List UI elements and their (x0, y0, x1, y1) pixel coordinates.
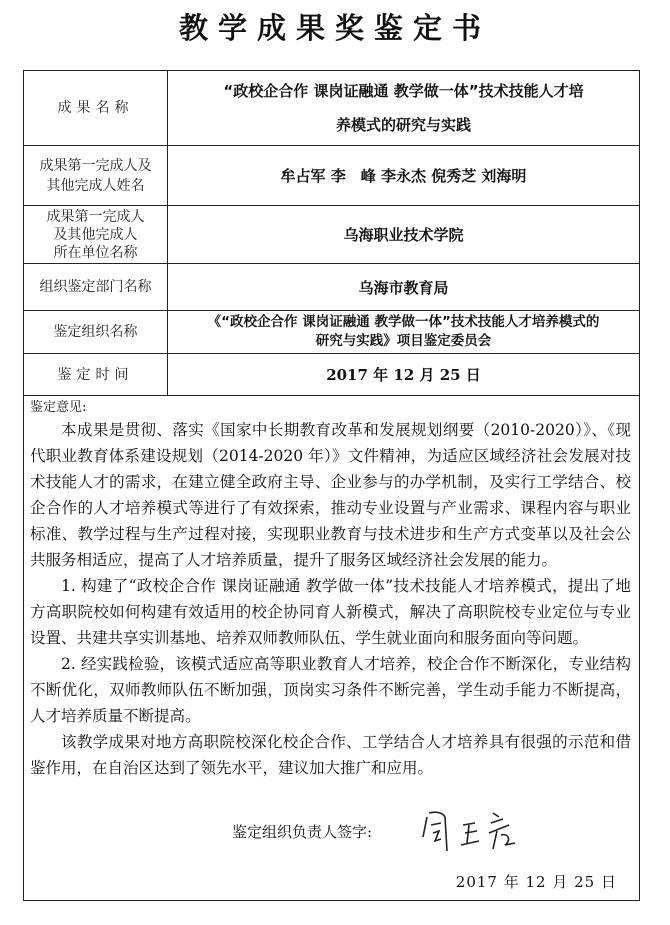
label-line-2: 其他完成人姓名 (47, 176, 145, 196)
value-institution: 乌海职业技术学院 (168, 206, 639, 263)
opinion-paragraph: 该教学成果对地方高职院校深化校企合作、工学结合人才培养具有很强的示范和借鉴作用，… (30, 729, 631, 781)
row-institution: 成果第一完成人 及其他完成人 所在单位名称 乌海职业技术学院 (24, 206, 639, 264)
label-appraisal-time: 鉴定时间 (24, 354, 168, 395)
value-completers: 牟占军 李 峰 李永杰 倪秀芝 刘海明 (168, 146, 639, 205)
row-appraisal-department: 组织鉴定部门名称 乌海市教育局 (24, 264, 639, 311)
value-line-1: “政校企合作 课岗证融通 教学做一体”技术技能人才培 (223, 74, 583, 108)
value-line-2: 养模式的研究与实践 (336, 108, 471, 142)
label-line-3: 所在单位名称 (54, 244, 138, 262)
row-appraisal-organization: 鉴定组织名称 《“政校企合作 课岗证融通 教学做一体”技术技能人才培养模式的 研… (24, 311, 639, 354)
label-achievement-name: 成果名称 (24, 71, 168, 145)
value-line-2: 研究与实践》项目鉴定委员会 (316, 332, 492, 351)
label-line-1: 成果第一完成人及 (40, 156, 152, 176)
appraisal-opinion-section: 鉴定意见: 本成果是贯彻、落实《国家中长期教育改革和发展规划纲要（2010-20… (24, 396, 639, 781)
opinion-paragraph: 本成果是贯彻、落实《国家中长期教育改革和发展规划纲要（2010-2020）》、《… (30, 417, 631, 573)
row-completers: 成果第一完成人及 其他完成人姓名 牟占军 李 峰 李永杰 倪秀芝 刘海明 (24, 146, 639, 206)
value-achievement-name: “政校企合作 课岗证融通 教学做一体”技术技能人才培 养模式的研究与实践 (168, 71, 639, 145)
label-appraisal-department: 组织鉴定部门名称 (24, 264, 168, 310)
label-institution: 成果第一完成人 及其他完成人 所在单位名称 (24, 206, 168, 263)
row-achievement-name: 成果名称 “政校企合作 课岗证融通 教学做一体”技术技能人才培 养模式的研究与实… (24, 71, 639, 146)
signature-date: 2017 年 12 月 25 日 (456, 871, 617, 892)
label-appraisal-organization: 鉴定组织名称 (24, 311, 168, 353)
value-appraisal-organization: 《“政校企合作 课岗证融通 教学做一体”技术技能人才培养模式的 研究与实践》项目… (168, 311, 639, 353)
appraisal-table: 成果名称 “政校企合作 课岗证融通 教学做一体”技术技能人才培 养模式的研究与实… (23, 70, 640, 901)
signature-label: 鉴定组织负责人签字: (232, 821, 372, 842)
label-line-1: 成果第一完成人 (47, 208, 145, 226)
opinion-paragraph: 2. 经实践检验，该模式适应高等职业教育人才培养，校企合作不断深化，专业结构不断… (30, 651, 631, 729)
opinion-paragraph: 1. 构建了“政校企合作 课岗证融通 教学做一体”技术技能人才培养模式，提出了地… (30, 573, 631, 651)
value-line-1: 《“政校企合作 课岗证融通 教学做一体”技术技能人才培养模式的 (208, 313, 600, 332)
label-completers: 成果第一完成人及 其他完成人姓名 (24, 146, 168, 205)
label-line-2: 及其他完成人 (54, 226, 138, 244)
document-title: 教学成果奖鉴定书 (0, 6, 670, 47)
opinion-label: 鉴定意见: (30, 399, 631, 417)
row-appraisal-time: 鉴定时间 2017 年 12 月 25 日 (24, 354, 639, 396)
value-appraisal-department: 乌海市教育局 (168, 264, 639, 310)
handwritten-signature-icon (419, 807, 529, 857)
value-appraisal-time: 2017 年 12 月 25 日 (168, 354, 639, 395)
